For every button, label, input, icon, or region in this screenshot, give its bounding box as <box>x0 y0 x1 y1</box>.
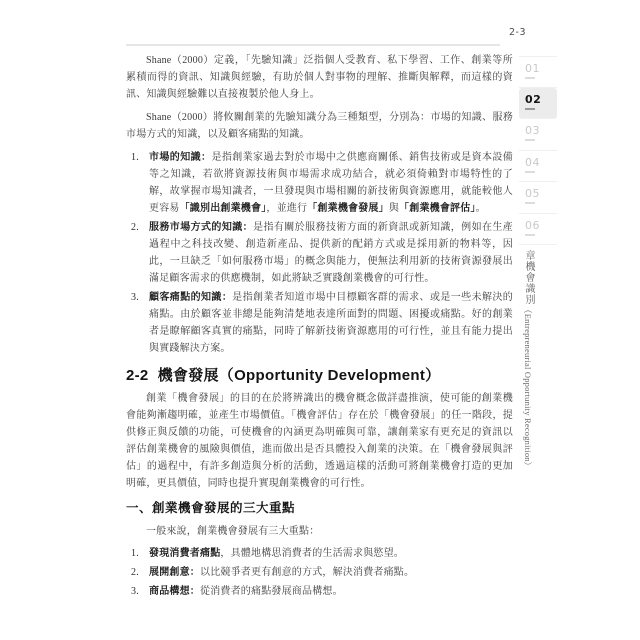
vertical-chapter-title-en: （Entrepreneurial Opportunity Recognition… <box>523 305 533 470</box>
list-item-number: 2. <box>126 219 149 287</box>
chapter-tab-02-active[interactable]: 02 <box>519 88 557 120</box>
chapter-tab-caption-dash <box>525 234 535 236</box>
chapter-tab-caption-dash <box>525 108 535 110</box>
chapter-tab-number: 02 <box>525 93 557 106</box>
list-item: 2. 服務市場方式的知識：是指有關於服務技術方面的新資訊或新知識，例如在生產過程… <box>126 219 513 287</box>
paragraph-three-knowledge-types: Shane（2000）將攸關創業的先驗知識分為三種類型，分別為：市場的知識、服務… <box>126 109 513 143</box>
list-item-text: 顧客痛點的知識：是指創業者知道市場中目標顧客群的需求、或是一些未解決的痛點。由於… <box>149 289 513 357</box>
book-page: 2-3 Shane（2000）定義，「先驗知識」泛指個人受教育、私下學習、工作、… <box>0 0 640 640</box>
list-item-text: 發現消費者痛點，具體地構思消費者的生活需求與慾望。 <box>149 546 513 562</box>
chapter-tab-caption-dash <box>525 139 535 141</box>
list-item-number: 3. <box>126 289 149 357</box>
list-item-number: 1. <box>126 546 149 562</box>
page-number: 2-3 <box>509 27 526 38</box>
list-item-number: 2. <box>126 565 149 581</box>
chapter-tab-number: 06 <box>525 219 557 232</box>
chapter-tab-number: 03 <box>525 124 557 137</box>
chapter-tab-04[interactable]: 04 <box>519 151 557 183</box>
three-points-list: 1. 發現消費者痛點，具體地構思消費者的生活需求與慾望。 2. 展開創意：以比競… <box>126 546 513 600</box>
section-heading-2-2: 2-2 機會發展（Opportunity Development） <box>126 367 513 384</box>
list-item-text: 市場的知識：是指創業家過去對於市場中之供應商關係、銷售技術或是資本設備等之知識，… <box>149 149 513 217</box>
subsection-heading-three-points: 一、創業機會發展的三大重點 <box>126 500 513 517</box>
chapter-tab-caption-dash <box>525 171 535 173</box>
vertical-chapter-title: 章機會識別（Entrepreneurial Opportunity Recogn… <box>520 250 536 610</box>
chapter-tab-number: 04 <box>525 156 557 169</box>
knowledge-types-list: 1. 市場的知識：是指創業家過去對於市場中之供應商關係、銷售技術或是資本設備等之… <box>126 149 513 357</box>
chapter-tab-rail: 01 02 03 04 05 06 <box>519 56 557 245</box>
chapter-tab-03[interactable]: 03 <box>519 119 557 151</box>
main-content: Shane（2000）定義，「先驗知識」泛指個人受教育、私下學習、工作、創業等所… <box>126 52 513 603</box>
vertical-chapter-title-cjk: 章機會識別 <box>523 250 534 305</box>
list-item-text: 商品構想：從消費者的痛點發展商品構想。 <box>149 584 513 600</box>
chapter-tab-caption-dash <box>525 77 535 79</box>
header-rule <box>126 44 500 46</box>
list-item: 3. 商品構想：從消費者的痛點發展商品構想。 <box>126 584 513 600</box>
list-item-number: 3. <box>126 584 149 600</box>
section-number: 2-2 <box>126 367 149 384</box>
chapter-tab-05[interactable]: 05 <box>519 182 557 214</box>
list-item: 2. 展開創意：以比競爭者更有創意的方式，解決消費者痛點。 <box>126 565 513 581</box>
chapter-tab-06[interactable]: 06 <box>519 214 557 246</box>
section-title: 機會發展（Opportunity Development） <box>158 367 441 384</box>
list-item-text: 展開創意：以比競爭者更有創意的方式，解決消費者痛點。 <box>149 565 513 581</box>
list-item-text: 服務市場方式的知識：是指有關於服務技術方面的新資訊或新知識，例如在生產過程中之科… <box>149 219 513 287</box>
chapter-tab-01[interactable]: 01 <box>519 56 557 88</box>
chapter-tab-number: 05 <box>525 187 557 200</box>
chapter-tab-caption-dash <box>525 202 535 204</box>
list-item: 1. 市場的知識：是指創業家過去對於市場中之供應商關係、銷售技術或是資本設備等之… <box>126 149 513 217</box>
list-item: 1. 發現消費者痛點，具體地構思消費者的生活需求與慾望。 <box>126 546 513 562</box>
paragraph-points-intro: 一般來說，創業機會發展有三大重點： <box>126 523 513 540</box>
paragraph-opportunity-development: 創業「機會發展」的目的在於將辨識出的機會概念做詳盡推演，使可能的創業機會能夠漸趨… <box>126 390 513 492</box>
list-item-number: 1. <box>126 149 149 217</box>
paragraph-prior-knowledge-definition: Shane（2000）定義，「先驗知識」泛指個人受教育、私下學習、工作、創業等所… <box>126 52 513 103</box>
chapter-tab-number: 01 <box>525 62 557 75</box>
list-item: 3. 顧客痛點的知識：是指創業者知道市場中目標顧客群的需求、或是一些未解決的痛點… <box>126 289 513 357</box>
